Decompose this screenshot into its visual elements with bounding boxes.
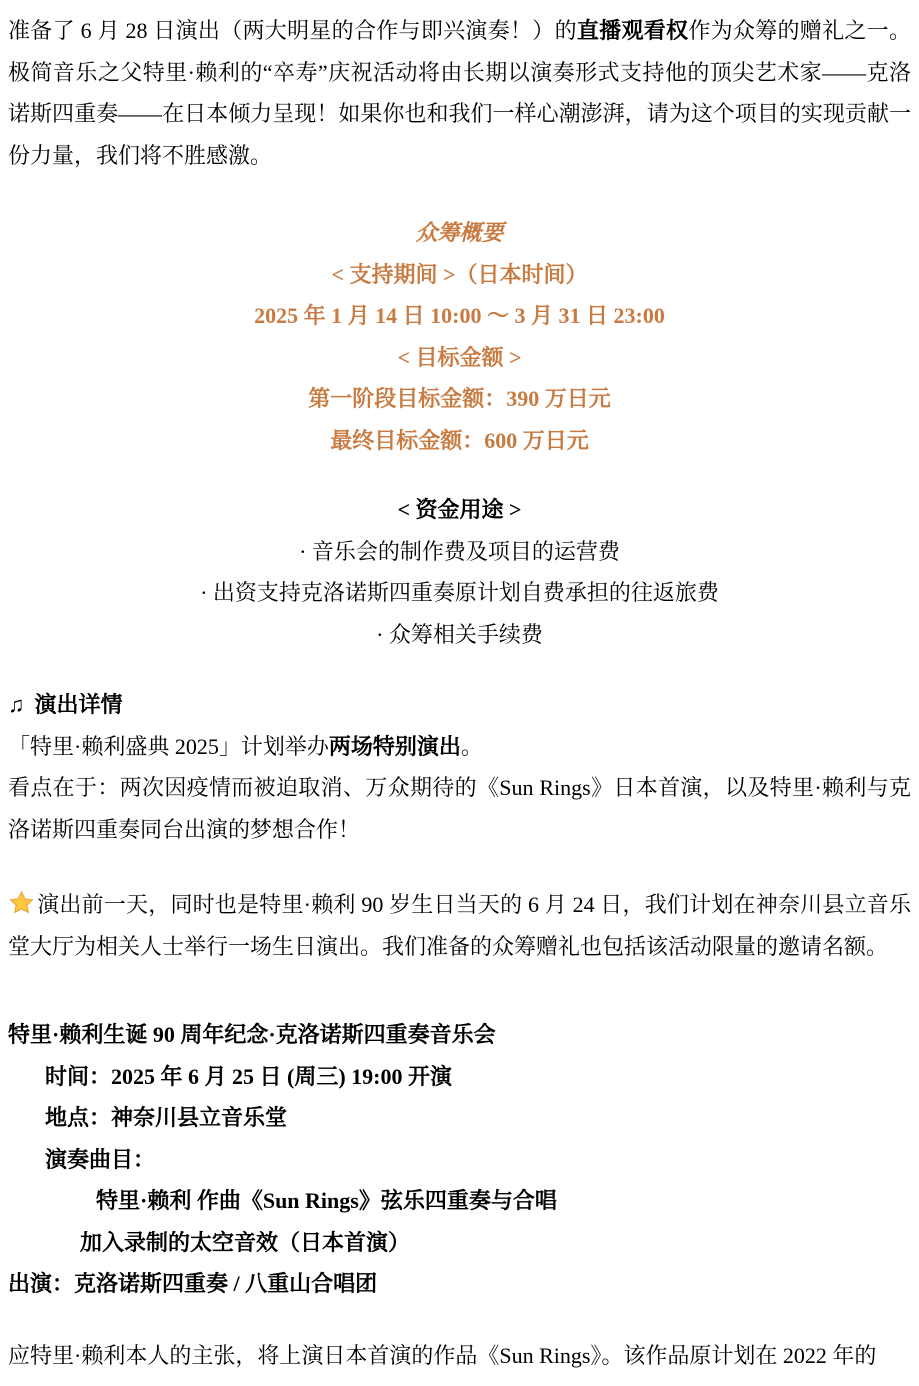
concert-performers: 出演：克洛诺斯四重奏 / 八重山合唱团: [8, 1263, 911, 1305]
festival-plan-bold: 两场特别演出: [329, 734, 461, 759]
fund-usage-item: · 音乐会的制作费及项目的运营费: [8, 531, 911, 573]
support-period-value: 2025 年 1 月 14 日 10:00 ～ 3 月 31 日 23:00: [8, 295, 911, 337]
target-amount-label: < 目标金额 >: [8, 337, 911, 379]
festival-plan-post: 。: [461, 734, 483, 759]
fund-usage-title: < 资金用途 >: [8, 489, 911, 531]
target-amount-phase1: 第一阶段目标金额：390 万日元: [8, 378, 911, 420]
highlight-paragraph: 看点在于：两次因疫情而被迫取消、万众期待的《Sun Rings》日本首演，以及特…: [8, 767, 911, 850]
birthday-note-paragraph: 演出前一天，同时也是特里·赖利 90 岁生日当天的 6 月 24 日，我们计划在…: [8, 884, 911, 967]
target-amount-final: 最终目标金额：600 万日元: [8, 420, 911, 462]
concert-title: 特里·赖利生诞 90 周年纪念·克洛诺斯四重奏音乐会: [8, 1014, 911, 1056]
footer-section: 应特里·赖利本人的主张，将上演日本首演的作品《Sun Rings》。该作品原计划…: [8, 1335, 911, 1377]
festival-plan-pre: 「特里·赖利盛典 2025」计划举办: [8, 734, 329, 759]
intro-text-bold: 直播观看权: [577, 18, 688, 43]
overview-title: 众筹概要: [8, 212, 911, 254]
concert-time: 时间：2025 年 6 月 25 日 (周三) 19:00 开演: [8, 1056, 911, 1098]
concert-venue: 地点：神奈川县立音乐堂: [8, 1097, 911, 1139]
concert-program-item: 加入录制的太空音效（日本首演）: [8, 1222, 911, 1264]
footer-paragraph: 应特里·赖利本人的主张，将上演日本首演的作品《Sun Rings》。该作品原计划…: [8, 1335, 911, 1377]
intro-paragraph: 准备了 6 月 28 日演出（两大明星的合作与即兴演奏！）的直播观看权作为众筹的…: [8, 10, 911, 176]
fund-usage-section: < 资金用途 > · 音乐会的制作费及项目的运营费 · 出资支持克洛诺斯四重奏原…: [8, 489, 911, 655]
performance-details-section: ♫演出详情 「特里·赖利盛典 2025」计划举办两场特别演出。 看点在于：两次因…: [8, 684, 911, 850]
fund-usage-item: · 众筹相关手续费: [8, 614, 911, 656]
star-icon: [8, 890, 35, 916]
fund-usage-item: · 出资支持克洛诺斯四重奏原计划自费承担的往返旅费: [8, 572, 911, 614]
intro-text-pre: 准备了 6 月 28 日演出（两大明星的合作与即兴演奏！）的: [8, 18, 577, 43]
birthday-note-text: 演出前一天，同时也是特里·赖利 90 岁生日当天的 6 月 24 日，我们计划在…: [8, 892, 911, 959]
performance-details-heading-text: 演出详情: [35, 692, 123, 717]
concert-program-item: 特里·赖利 作曲《Sun Rings》弦乐四重奏与合唱: [8, 1180, 911, 1222]
concert-info-section: 特里·赖利生诞 90 周年纪念·克洛诺斯四重奏音乐会 时间：2025 年 6 月…: [8, 1014, 911, 1305]
music-note-icon: ♫: [8, 692, 25, 717]
crowdfunding-overview-section: 众筹概要 < 支持期间 >（日本时间） 2025 年 1 月 14 日 10:0…: [8, 212, 911, 461]
document-page: 准备了 6 月 28 日演出（两大明星的合作与即兴演奏！）的直播观看权作为众筹的…: [0, 0, 919, 1386]
support-period-label: < 支持期间 >（日本时间）: [8, 254, 911, 296]
birthday-note-section: 演出前一天，同时也是特里·赖利 90 岁生日当天的 6 月 24 日，我们计划在…: [8, 884, 911, 967]
festival-plan-line: 「特里·赖利盛典 2025」计划举办两场特别演出。: [8, 726, 911, 768]
concert-program-label: 演奏曲目：: [8, 1139, 911, 1181]
performance-details-heading: ♫演出详情: [8, 684, 911, 726]
